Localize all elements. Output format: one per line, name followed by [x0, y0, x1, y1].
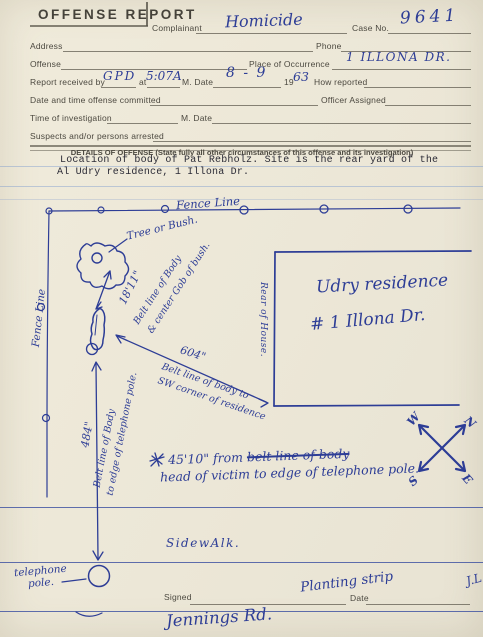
how-reported-line: [364, 87, 471, 88]
street-label: Jennings Rd.: [165, 604, 272, 630]
case-no-line: [388, 33, 471, 34]
mdate2-label: M. Date: [181, 113, 212, 123]
residence-measure: 604": [179, 343, 208, 363]
fence-left-label: Fence Line: [29, 283, 48, 354]
residence-address: # 1 Illona Dr.: [309, 305, 426, 335]
case-no-label: Case No.: [352, 23, 389, 33]
date-value: 8 - 9: [226, 65, 267, 81]
complainant-line: [196, 33, 347, 34]
offense-label: Offense: [30, 59, 61, 69]
phone-label: Phone: [316, 41, 342, 51]
sidewalk-label: SidewAlk.: [166, 536, 240, 550]
suspects-label: Suspects and/or persons arrested: [30, 131, 164, 141]
page-title: OFFENSE REPORT: [38, 7, 197, 22]
title-underline: [30, 25, 148, 27]
asterisk-mark: [150, 453, 164, 466]
arrow-body-to-bush: [96, 271, 111, 309]
complainant-value: Homicide: [225, 10, 303, 32]
pole-label-line2: pole.: [28, 576, 55, 590]
rear-of-house-label: Rear of House.: [258, 282, 268, 357]
title-bar: [146, 2, 148, 26]
at-line: [147, 87, 180, 88]
residence-name: Udry residence: [316, 271, 449, 298]
signed-label: Signed: [164, 592, 192, 602]
case-no-value: 9641: [400, 5, 460, 28]
investigation-line: [107, 123, 178, 124]
at-value: 5:07A: [146, 69, 182, 83]
planting-strip-top-line: [0, 507, 483, 508]
planting-strip-label: Planting strip: [299, 568, 394, 595]
committed-label: Date and time offense committed: [30, 95, 161, 105]
mdate-label: M. Date: [182, 77, 213, 87]
committed-line: [150, 105, 318, 106]
place-line: [332, 69, 471, 70]
address-line: [63, 51, 313, 52]
offense-report-page: OFFENSE REPORT Complainant Homicide Case…: [0, 0, 483, 637]
received-value: GPD: [103, 69, 136, 83]
fence-line-left: [38, 211, 50, 497]
sidewalk-bottom-line: [0, 562, 483, 563]
compass-north-label: N: [462, 413, 479, 430]
officer-line: [385, 105, 471, 106]
pole-measure: 484": [78, 421, 95, 449]
received-line: [101, 87, 136, 88]
date-line: [366, 604, 470, 605]
telephone-pole-circle: [62, 566, 110, 587]
suspects-line: [153, 141, 471, 142]
body-sketch: [87, 309, 105, 355]
how-reported-label: How reported: [314, 77, 367, 87]
compass-east-label: E: [459, 471, 475, 487]
star-note-pre: 45'10" from: [168, 449, 247, 467]
curb-bump: [76, 612, 102, 616]
received-label: Report received by: [30, 77, 105, 87]
officer-label: Officer Assigned: [321, 95, 386, 105]
date-label: Date: [350, 593, 369, 603]
compass-west-label: W: [404, 410, 423, 429]
bush-measure: 18'11": [116, 268, 144, 306]
star-note-struck: belt line of body: [247, 446, 350, 465]
fence-top-label: Fence Line: [176, 194, 241, 212]
tree-bush-sketch: [77, 239, 129, 289]
fence-line-top: [46, 205, 460, 214]
investigation-label: Time of investigation: [30, 113, 112, 123]
address-label: Address: [30, 41, 63, 51]
details-line2: Al Udry residence, 1 Illona Dr.: [57, 167, 249, 178]
initials: J.L.: [465, 570, 483, 589]
compass-rose: [419, 425, 465, 471]
year-value: 63: [293, 69, 309, 84]
details-line1: Location of body of Pat Rebholz. Site is…: [60, 155, 438, 166]
tree-bush-label: Tree or Bush.: [126, 213, 199, 242]
mdate2-line: [212, 123, 471, 124]
date-line: [213, 87, 281, 88]
place-value: 1 ILLONA DR.: [346, 50, 451, 64]
complainant-label: Complainant: [152, 23, 202, 33]
